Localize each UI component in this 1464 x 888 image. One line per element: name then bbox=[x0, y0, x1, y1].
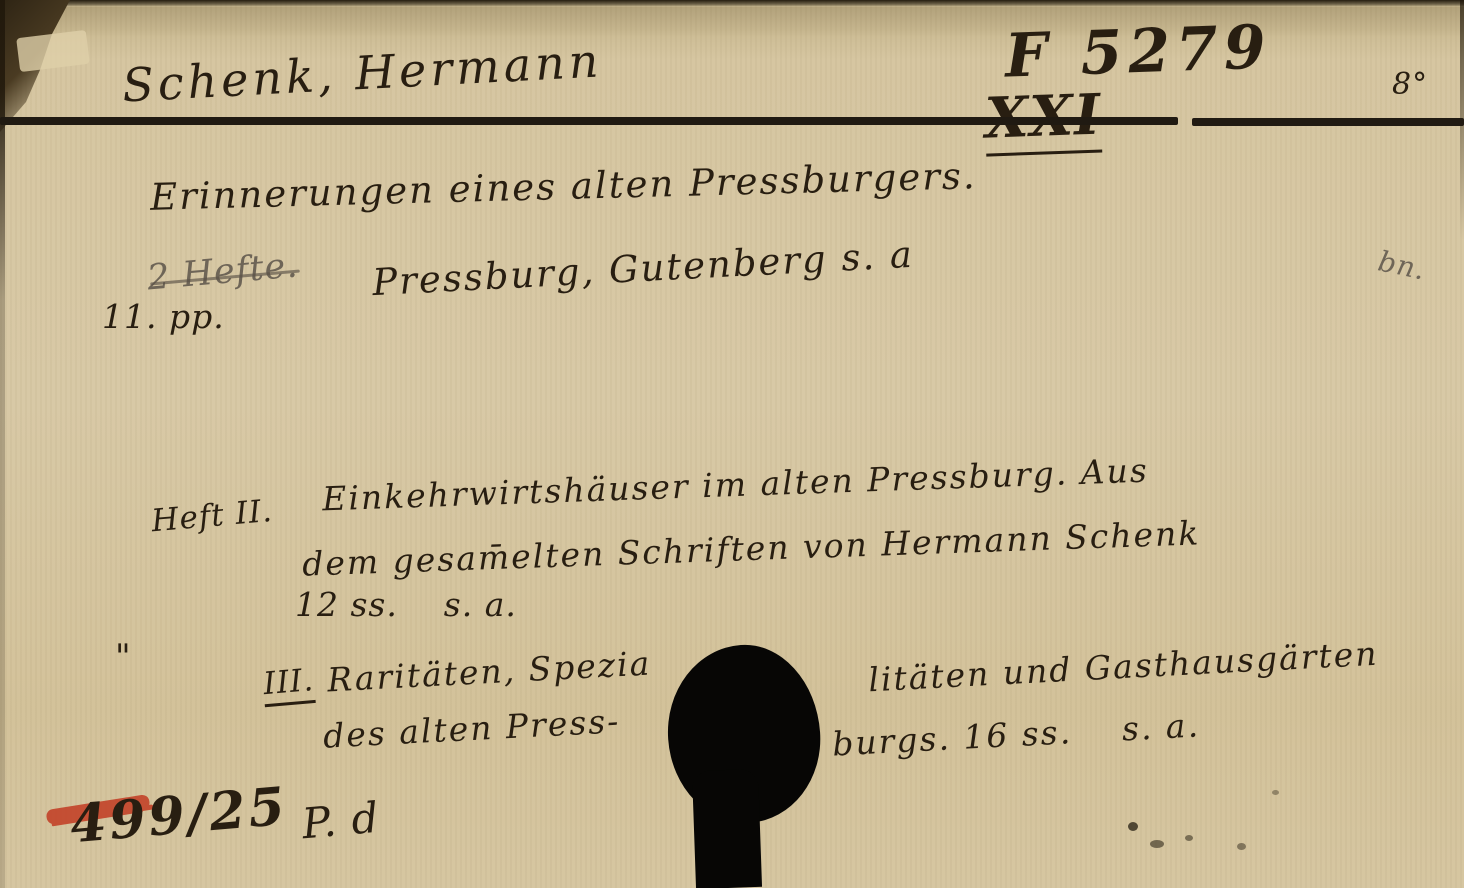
header-rule-left bbox=[0, 117, 1178, 125]
ink-smudge bbox=[1150, 840, 1164, 848]
ink-smudge bbox=[1128, 822, 1138, 831]
heft3-line2-left: des alten Press- bbox=[322, 704, 621, 753]
header-rule-right bbox=[1192, 118, 1464, 126]
author-heading: Schenk, Hermann bbox=[121, 37, 603, 108]
format-mark: 8° bbox=[1392, 70, 1428, 100]
heft2-line3: 12 ss. s. a. bbox=[295, 588, 517, 621]
pencil-initial: bn. bbox=[1376, 247, 1429, 284]
heft3-label-underlined: III. bbox=[262, 662, 316, 707]
librarian-signature: P. d bbox=[300, 797, 381, 846]
heft2-line1: Einkehrwirtshäuser im alten Pressburg. A… bbox=[322, 454, 1150, 516]
catalog-card: Schenk, Hermann XXI F 5279 8° Erinnerung… bbox=[0, 0, 1464, 888]
heft3-ditto-mark: " bbox=[115, 640, 132, 674]
heft2-label: Heft II. bbox=[104, 465, 276, 572]
title-line: Erinnerungen eines alten Pressburgers. bbox=[150, 157, 977, 216]
shelfmark-number: F 5279 bbox=[1004, 17, 1272, 86]
ink-smudge bbox=[1237, 843, 1246, 850]
scan-top-edge bbox=[0, 0, 1464, 7]
heft3-line1-left: Raritäten, Spezia bbox=[326, 647, 652, 697]
ink-smudge bbox=[1272, 790, 1279, 795]
accession-number: 499/25 bbox=[68, 781, 290, 852]
heft2-label-text: Heft II. bbox=[150, 493, 274, 539]
pages-note: 11. pp. bbox=[102, 300, 225, 333]
heft3-line1-right: litäten und Gasthausgärten bbox=[867, 637, 1379, 697]
paper-notch bbox=[16, 30, 90, 72]
imprint-line: Pressburg, Gutenberg s. a bbox=[371, 236, 914, 301]
heft2-line2: dem gesam̄elten Schriften von Hermann Sc… bbox=[302, 516, 1201, 580]
scan-left-edge bbox=[0, 0, 5, 888]
ink-smudge bbox=[1185, 835, 1193, 841]
punched-hole-stem bbox=[692, 769, 762, 888]
heft3-line2-right: burgs. 16 ss. s. a. bbox=[831, 708, 1200, 760]
heft3-label: III. bbox=[216, 634, 318, 735]
